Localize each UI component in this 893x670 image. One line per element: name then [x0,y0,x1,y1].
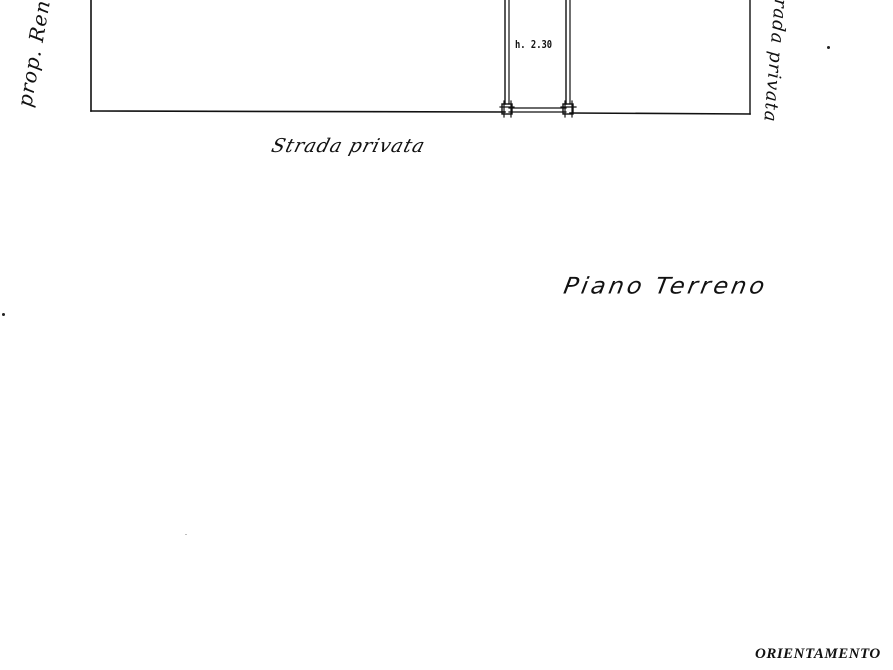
scan-speck [2,313,5,316]
scan-speck [185,534,187,535]
scan-speck [827,46,830,49]
door-height-label: h. 2.30 [515,38,552,51]
floor-title: Piano Terreno [562,273,770,300]
bottom-side-label: Strada privata [269,135,428,157]
orientation-label: ORIENTAMENTO [755,646,881,663]
floor-plan-drawing: prop. Renna Strada privata Strada privat… [0,0,893,670]
floor-plan-lines [0,0,893,670]
